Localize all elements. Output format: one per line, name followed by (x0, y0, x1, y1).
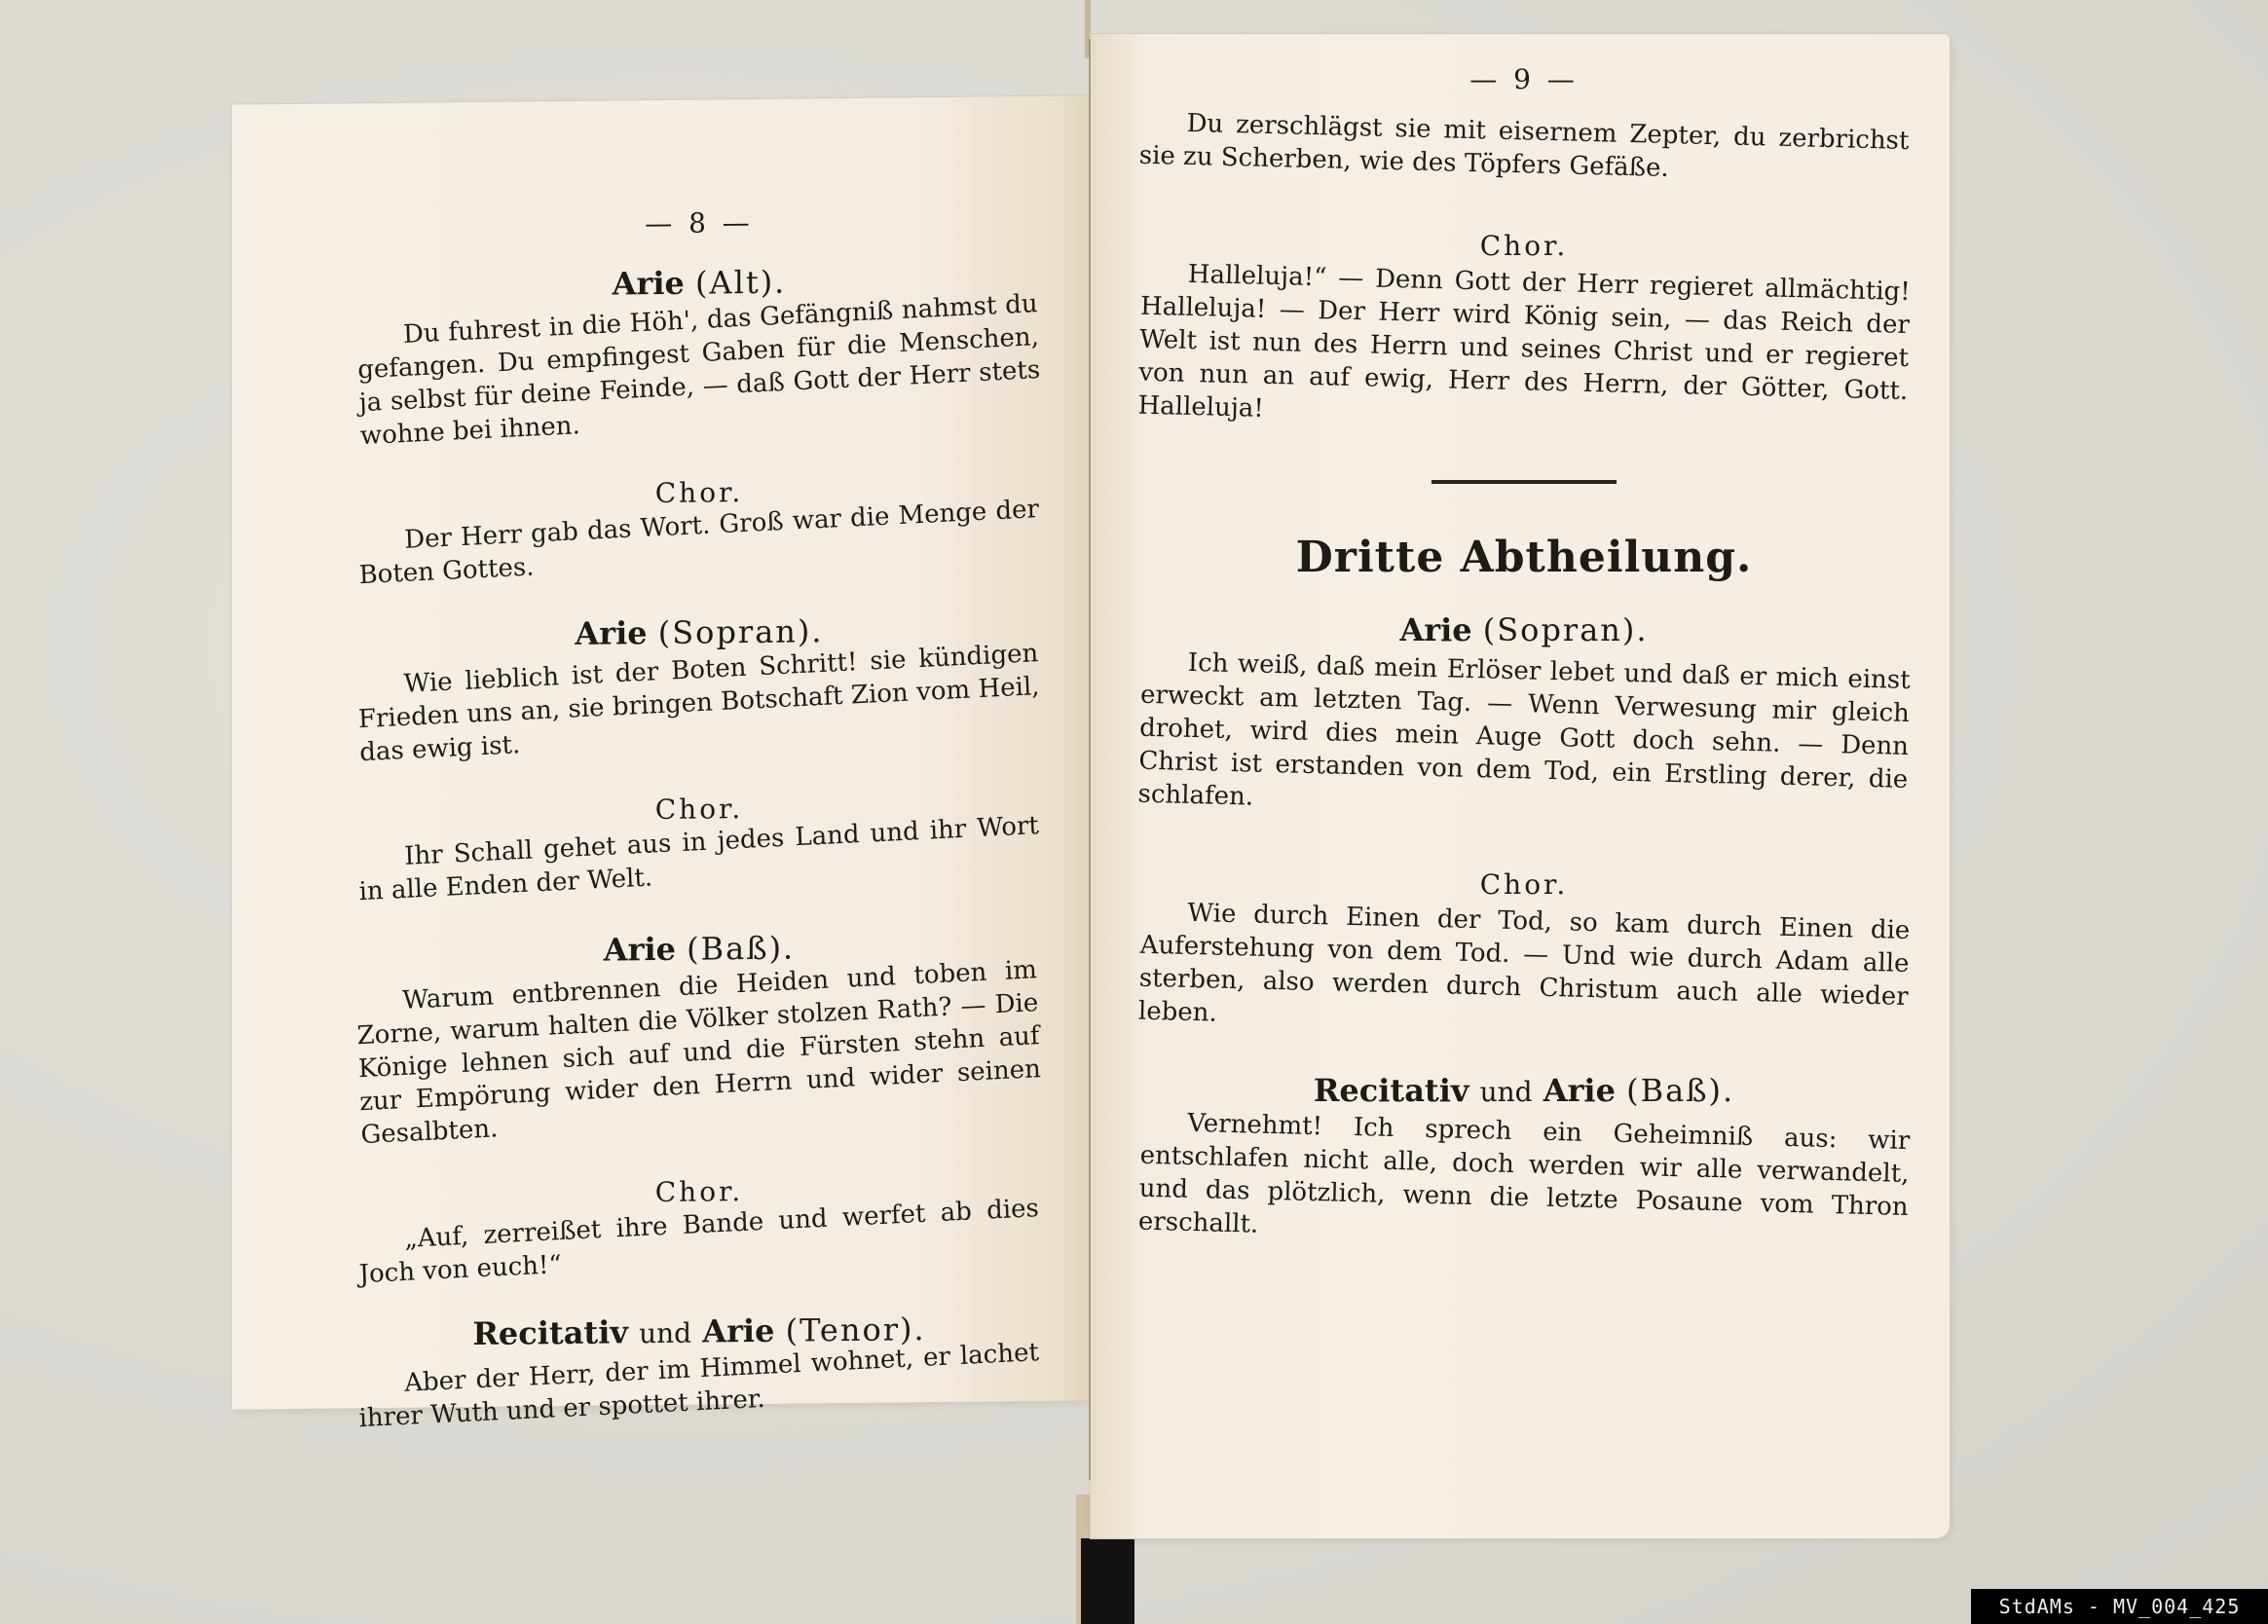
lyric-paragraph: Du fuhrest in die Höh', das Gefängniß na… (355, 287, 1042, 453)
lyric-paragraph: Du zerschlägst sie mit eisernem Zepter, … (1138, 106, 1909, 191)
section-title: Dritte Abtheilung. (1139, 533, 1909, 582)
book-gutter (1089, 39, 1091, 1480)
heading-voice: (Baß). (687, 930, 795, 968)
lyric-paragraph: Vernehmt! Ich sprech ein Geheimniß aus: … (1138, 1106, 1911, 1257)
heading-voice: (Baß). (1626, 1072, 1734, 1109)
left-page: — 8 — Arie (Alt). Du fuhrest in die Höh'… (232, 95, 1089, 1409)
heading-title: Arie (604, 931, 676, 969)
heading-voice: (Sopran). (658, 612, 824, 651)
heading-title: Arie (575, 614, 647, 652)
page-number: — 8 — (358, 203, 1040, 242)
heading-title: Arie (702, 1312, 774, 1350)
page-number: — 9 — (1139, 63, 1909, 95)
heading-title: Recitativ (1314, 1072, 1469, 1109)
lyric-paragraph: Wie durch Einen der Tod, so kam durch Ei… (1138, 896, 1911, 1047)
section-divider (1431, 480, 1617, 484)
heading-title: Arie (1399, 611, 1471, 648)
left-page-content: — 8 — Arie (Alt). Du fuhrest in die Höh'… (358, 203, 1040, 1435)
heading-title: Arie (1543, 1072, 1616, 1109)
book-binding-strip (1081, 1538, 1134, 1624)
lyric-paragraph: Wie lieblich ist der Boten Schritt! sie … (356, 637, 1041, 769)
heading-voice: (Sopran). (1483, 611, 1649, 648)
right-page: — 9 — Du zerschlägst sie mit eisernem Ze… (1091, 34, 1950, 1538)
heading-title: Recitativ (472, 1313, 628, 1352)
lyric-paragraph: Halleluja!“ — Denn Gott der Herr regiere… (1137, 257, 1911, 441)
chor-heading: Chor. (1139, 868, 1909, 901)
heading-conjunction: und (1480, 1076, 1533, 1108)
chor-heading: Chor. (1139, 230, 1909, 262)
heading-conjunction: und (639, 1317, 691, 1350)
archive-label: StdAMs - MV_004_425 (1971, 1589, 2268, 1624)
section-heading: Arie (Sopran). (1139, 611, 1909, 648)
right-page-content: — 9 — Du zerschlägst sie mit eisernem Ze… (1139, 195, 1909, 1257)
lyric-paragraph: Ich weiß, daß mein Erlöser lebet und daß… (1137, 646, 1911, 830)
heading-voice: (Alt). (695, 264, 786, 302)
section-heading: Recitativ und Arie (Baß). (1139, 1072, 1909, 1109)
heading-title: Arie (613, 265, 685, 303)
lyric-paragraph: Warum entbrennen die Heiden und toben im… (355, 953, 1043, 1152)
